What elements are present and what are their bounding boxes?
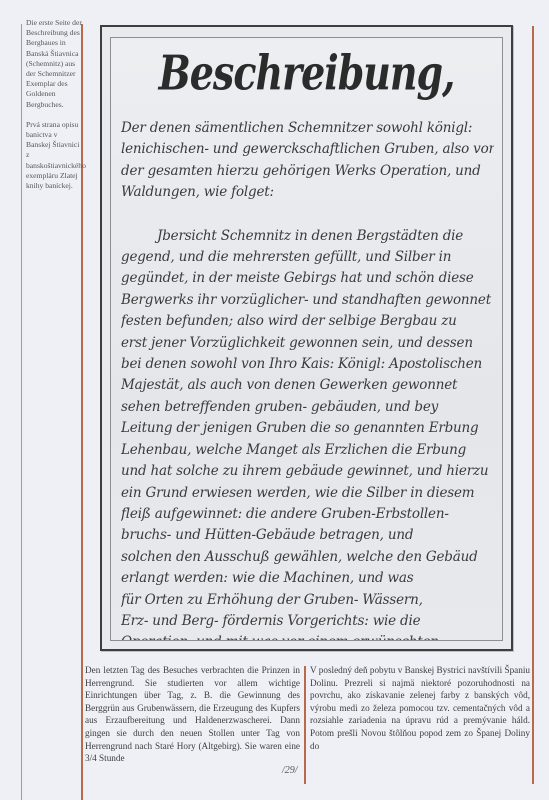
- manuscript-line: für Orten zu Erhöhung der Gruben- Wässer…: [121, 590, 494, 611]
- manuscript-line: sehen betreffenden gruben- gebäuden, und…: [121, 397, 494, 418]
- manuscript-paragraph-gap: [121, 204, 494, 226]
- manuscript-line: gegündet, in der meiste Gebirgs hat und …: [121, 268, 494, 289]
- manuscript-line: lenichischen- und gewerckschaftlichen Gr…: [121, 139, 494, 160]
- manuscript-line: Bergwerks ihr vorzüglicher- und standhaf…: [121, 290, 494, 311]
- manuscript-line: Operation, und mit was vor einem erwünsc…: [121, 632, 494, 641]
- manuscript-line: der gesamten hierzu gehörigen Werks Oper…: [121, 161, 494, 182]
- manuscript-image: Beschreibung, Der denen sämentlichen Sch…: [100, 25, 513, 651]
- manuscript-line: Leitung der jenigen Gruben die so genann…: [121, 418, 494, 439]
- manuscript-line: und hat solche zu ihrem gebäude gewinnet…: [121, 461, 494, 482]
- body-column-german: Den letzten Tag des Besuches verbrachten…: [85, 664, 300, 765]
- manuscript-line: ein Grund erwiesen werden, wie die Silbe…: [121, 483, 494, 504]
- manuscript-line: erlangt werden: wie die Machinen, und wa…: [121, 568, 494, 589]
- manuscript-line: Waldungen, wie folget:: [121, 182, 494, 203]
- manuscript-inner-frame: Beschreibung, Der denen sämentlichen Sch…: [110, 37, 503, 641]
- figure-caption: Die erste Seite der Beschreibung des Ber…: [26, 18, 82, 201]
- manuscript-line: gegend, und die mehrersten gefüllt, und …: [121, 247, 494, 268]
- manuscript-line: festen befunden; also wird der selbige B…: [121, 311, 494, 332]
- manuscript-line: bruchs- und Hütten-Gebäude betragen, und: [121, 525, 494, 546]
- manuscript-line: Majestät, als auch von denen Gewerken ge…: [121, 375, 494, 396]
- right-margin-rule: [532, 26, 534, 784]
- manuscript-line: Der denen sämentlichen Schemnitzer sowoh…: [121, 118, 494, 139]
- page-number: /29/: [282, 765, 298, 776]
- caption-german: Die erste Seite der Beschreibung des Ber…: [26, 18, 82, 110]
- body-column-slovak: V posledný deň pobytu v Banskej Bystrici…: [310, 664, 530, 752]
- manuscript-line: Lehenbau, welche Manget als Erzlichen di…: [121, 440, 494, 461]
- manuscript-title: Beschreibung,: [111, 44, 502, 100]
- caption-slovak: Prvá strana opisu banictva v Banskej Šti…: [26, 120, 82, 191]
- manuscript-text: Der denen sämentlichen Schemnitzer sowoh…: [121, 118, 494, 641]
- manuscript-line: Jbersicht Schemnitz in denen Bergstädten…: [121, 226, 494, 247]
- column-divider-rule: [304, 666, 306, 784]
- manuscript-line: bei denen sowohl von Ihro Kais: Königl: …: [121, 354, 494, 375]
- manuscript-line: Erz- und Berg- fördernis Vorgerichts: wi…: [121, 611, 494, 632]
- left-margin-rule: [21, 24, 22, 800]
- manuscript-line: solchen den Ausschuß gewählen, welche de…: [121, 547, 494, 568]
- manuscript-line: erst jener Vorzüglichkeit gewonnen sein,…: [121, 333, 494, 354]
- manuscript-line: fleiß aufgewinnet: die andere Gruben-Erb…: [121, 504, 494, 525]
